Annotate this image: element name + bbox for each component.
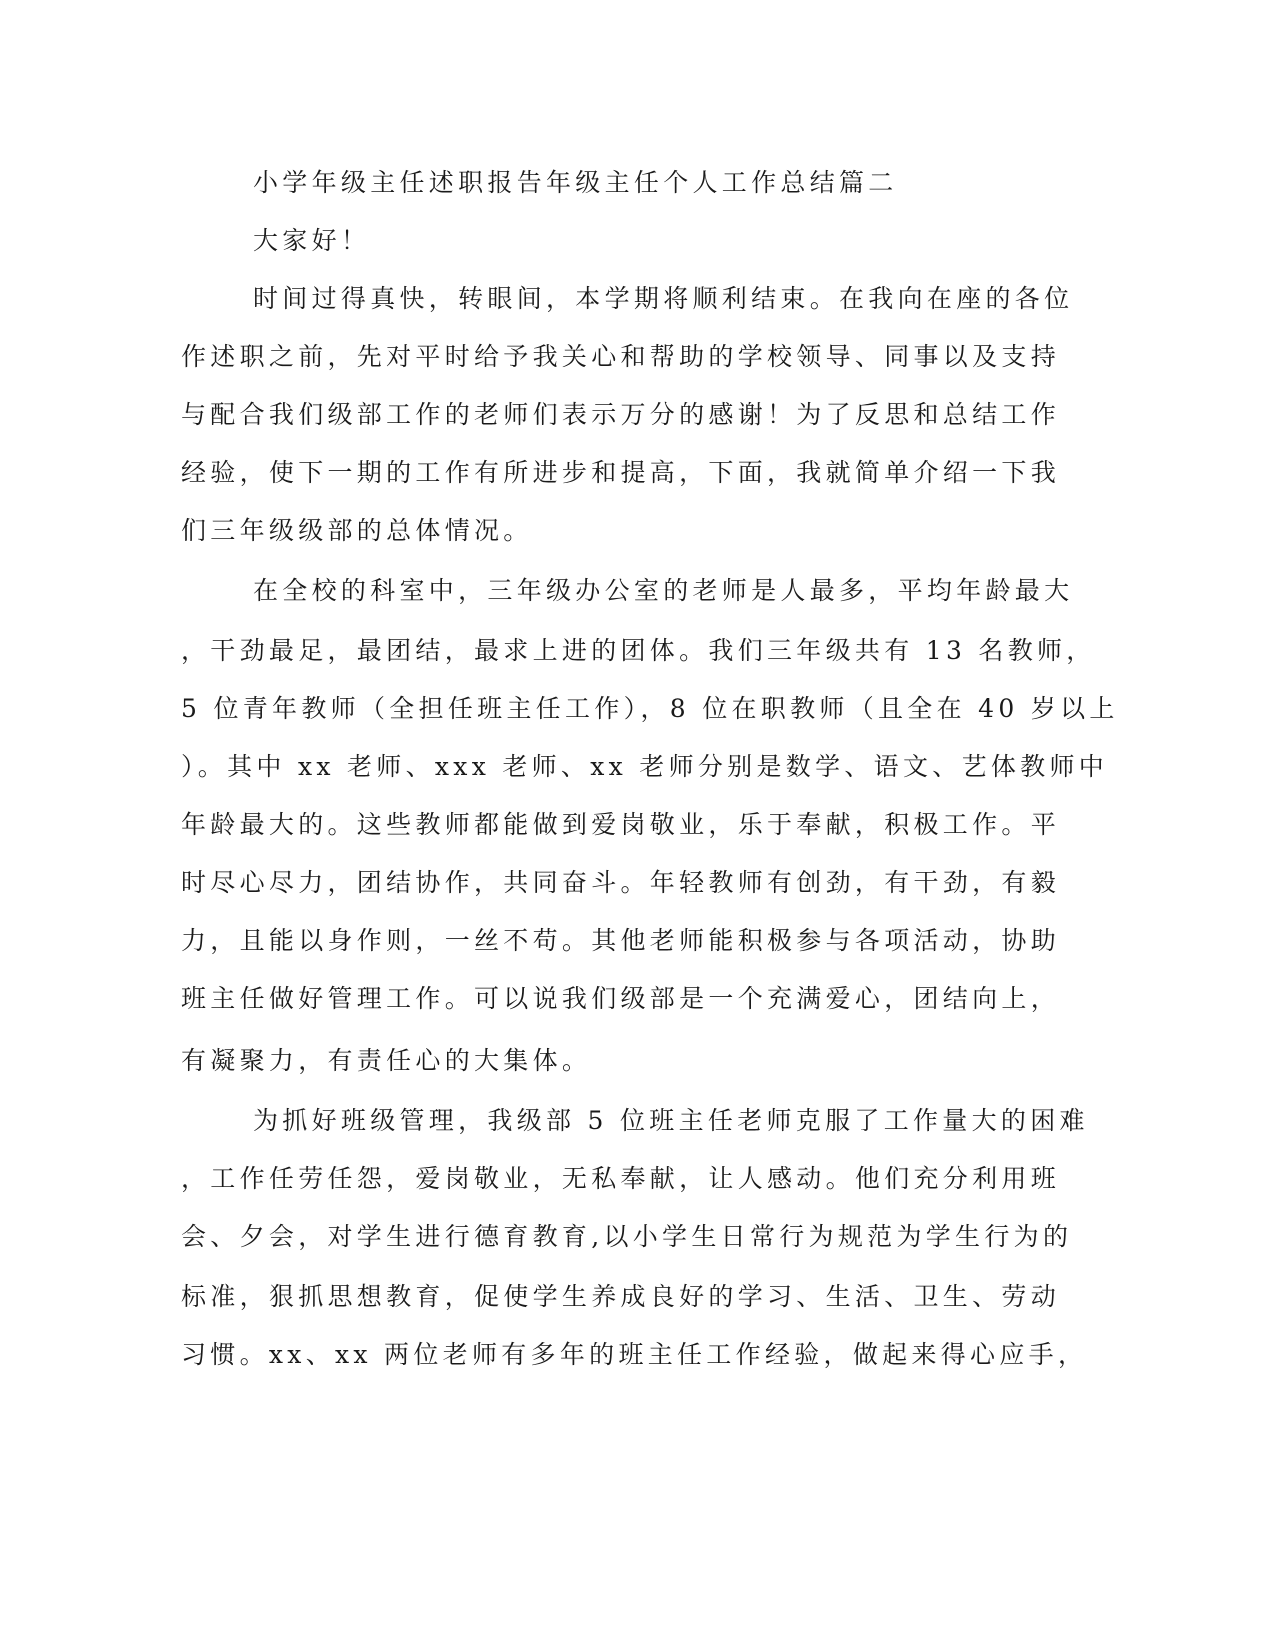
text-line: 班主任做好管理工作。可以说我们级部是一个充满爱心，团结向上， [181, 984, 1060, 1014]
text-line: 有凝聚力，有责任心的大集体。 [181, 1046, 591, 1076]
text-line: 为抓好班级管理，我级部 5 位班主任老师克服了工作量大的困难 [253, 1106, 1089, 1136]
text-line: 时间过得真快，转眼间，本学期将顺利结束。在我向在座的各位 [253, 284, 1073, 314]
text-line: 时尽心尽力，团结协作，共同奋斗。年轻教师有创劲，有干劲，有毅 [181, 868, 1060, 898]
text-line: 作述职之前，先对平时给予我关心和帮助的学校领导、同事以及支持 [181, 342, 1060, 372]
text-line: 与配合我们级部工作的老师们表示万分的感谢！为了反思和总结工作 [181, 400, 1060, 430]
document-page: 小学年级主任述职报告年级主任个人工作总结篇二 大家好！ 时间过得真快，转眼间，本… [0, 0, 1275, 1650]
text-line: 标准，狠抓思想教育，促使学生养成良好的学习、生活、卫生、劳动 [181, 1282, 1060, 1312]
text-line: 力，且能以身作则，一丝不苟。其他老师能积极参与各项活动，协助 [181, 926, 1060, 956]
greeting: 大家好！ [253, 226, 370, 256]
text-line: ，工作任劳任怨，爱岗敬业，无私奉献，让人感动。他们充分利用班 [181, 1164, 1060, 1194]
text-line: 经验，使下一期的工作有所进步和提高，下面，我就简单介绍一下我 [181, 458, 1060, 488]
text-line: 年龄最大的。这些教师都能做到爱岗敬业，乐于奉献，积极工作。平 [181, 810, 1060, 840]
text-line: 在全校的科室中，三年级办公室的老师是人最多，平均年龄最大 [253, 576, 1073, 606]
text-line: 习惯。xx、xx 两位老师有多年的班主任工作经验，做起来得心应手， [181, 1340, 1087, 1370]
text-line: 们三年级级部的总体情况。 [181, 516, 533, 546]
text-line: 5 位青年教师（全担任班主任工作），8 位在职教师（且全在 40 岁以上 [181, 694, 1119, 724]
document-title: 小学年级主任述职报告年级主任个人工作总结篇二 [253, 168, 898, 198]
text-line: ，干劲最足，最团结，最求上进的团体。我们三年级共有 13 名教师， [181, 636, 1096, 666]
text-line: ）。其中 xx 老师、xxx 老师、xx 老师分别是数学、语文、艺体教师中 [181, 752, 1108, 782]
text-line: 会、夕会，对学生进行德育教育,以小学生日常行为规范为学生行为的 [181, 1222, 1072, 1252]
